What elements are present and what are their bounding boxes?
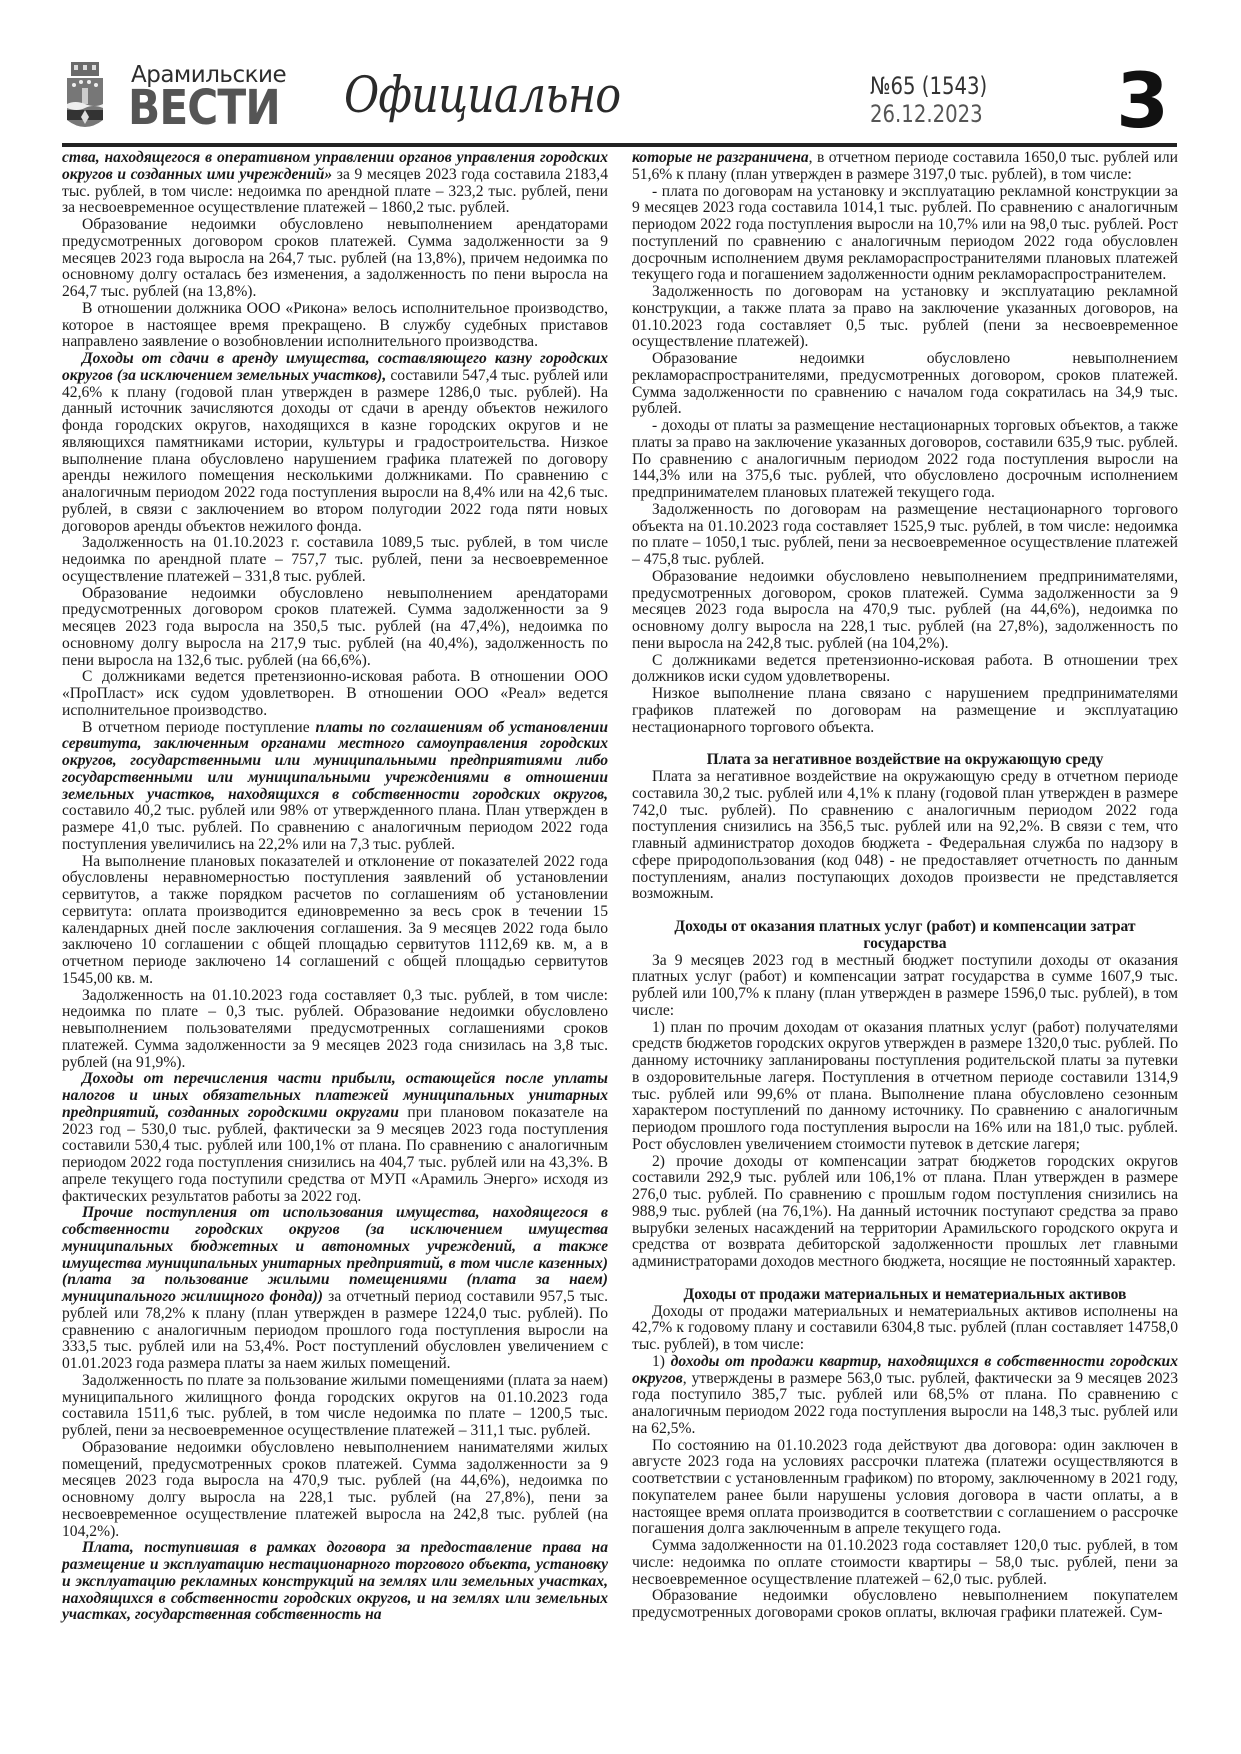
paragraph: Доходы от перечисления части прибыли, ос… [62,1071,608,1205]
paragraph: Образование недоимки обусловлено невыпол… [62,586,608,670]
list-item: - доходы от платы за размещение нестацио… [632,418,1178,502]
section-heading: Доходы от оказания платных услуг (работ)… [632,919,1178,953]
paragraph: Прочие поступления от использования имущ… [62,1205,608,1373]
paragraph: Образование недоимки обусловлено невыпол… [632,351,1178,418]
paragraph: Низкое выполнение плана связано с наруше… [632,686,1178,736]
paragraph: Задолженность по договорам на размещение… [632,502,1178,569]
paragraph: Образование недоимки обусловлено невыпол… [632,1588,1178,1622]
paragraph: Задолженность на 01.10.2023 г. составила… [62,535,608,585]
paragraph: Сумма задолженности на 01.10.2023 года с… [632,1538,1178,1588]
paragraph: ства, находящегося в оперативном управле… [62,150,608,217]
paragraph: На выполнение плановых показателей и отк… [62,854,608,988]
list-item: 1) план по прочим доходам от оказания пл… [632,1020,1178,1154]
section-title: Официально [344,66,620,124]
masthead: Арамильские ВЕСТИ Официально №65 (1543) … [62,58,1177,144]
brand-title: ВЕСТИ [128,80,280,136]
list-item: - плата по договорам на установку и эксп… [632,184,1178,285]
coat-of-arms-icon [65,62,105,134]
paragraph: За 9 месяцев 2023 год в местный бюджет п… [632,953,1178,1020]
section-heading: Плата за негативное воздействие на окруж… [632,752,1178,769]
issue-number: №65 (1543) [870,72,987,100]
paragraph: Образование недоимки обусловлено невыпол… [62,1440,608,1541]
paragraph: Доходы от продажи материальных и нематер… [632,1304,1178,1354]
issue-date: 26.12.2023 [870,100,987,128]
paragraph: Образование недоимки обусловлено невыпол… [632,569,1178,653]
paragraph: Доходы от сдачи в аренду имущества, сост… [62,351,608,535]
paragraph: Плата за негативное воздействие на окруж… [632,769,1178,903]
paragraph: Плата, поступившая в рамках договора за … [62,1540,608,1624]
paragraph: которые не разграничена, в отчетном пери… [632,150,1178,184]
issue-info: №65 (1543) 26.12.2023 [870,72,987,128]
paragraph: С должниками ведется претензионно-искова… [62,669,608,719]
section-heading: Доходы от продажи материальных и нематер… [632,1287,1178,1304]
paragraph: С должниками ведется претензионно-искова… [632,653,1178,687]
header-divider [62,143,1177,147]
paragraph: Задолженность на 01.10.2023 года составл… [62,988,608,1072]
right-column: которые не разграничена, в отчетном пери… [632,150,1178,1622]
left-column: ства, находящегося в оперативном управле… [62,150,608,1624]
page-number: 3 [1116,56,1169,145]
paragraph: По состоянию на 01.10.2023 года действую… [632,1438,1178,1539]
paragraph: Задолженность по плате за пользование жи… [62,1373,608,1440]
list-item: 1) доходы от продажи квартир, находящихс… [632,1354,1178,1438]
paragraph: В отношении должника ООО «Рикона» велось… [62,301,608,351]
list-item: 2) прочие доходы от компенсации затрат б… [632,1154,1178,1271]
paragraph: Образование недоимки обусловлено невыпол… [62,217,608,301]
paragraph: В отчетном периоде поступление платы по … [62,720,608,854]
paragraph: Задолженность по договорам на установку … [632,284,1178,351]
